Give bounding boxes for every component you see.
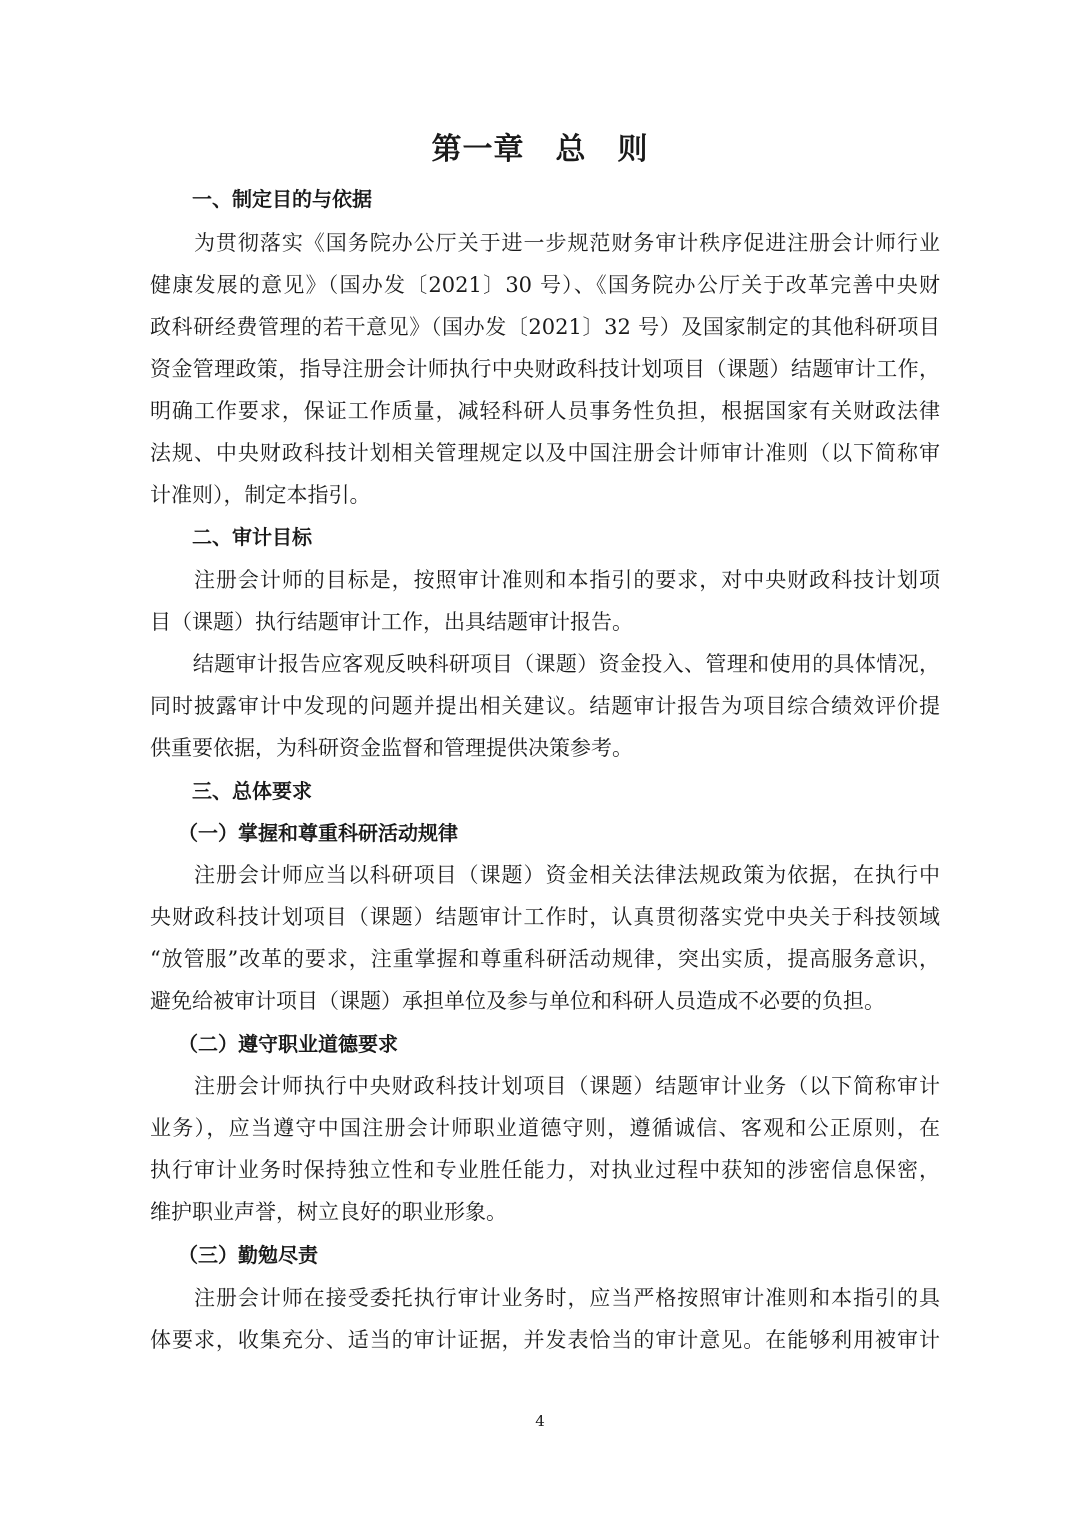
section-heading-2: 二、审计目标: [192, 522, 312, 552]
chapter-title: 第一章 总 则: [0, 124, 1080, 168]
paragraph-line: 央财政科技计划项目（课题）结题审计工作时，认真贯彻落实党中央关于科技领域: [150, 902, 940, 932]
paragraph-line: 计准则），制定本指引。: [150, 480, 940, 510]
paragraph-line: 法规、中央财政科技计划相关管理规定以及中国注册会计师审计准则（以下简称审: [150, 438, 940, 468]
paragraph-line: 避免给被审计项目（课题）承担单位及参与单位和科研人员造成不必要的负担。: [150, 986, 940, 1016]
page-number: 4: [0, 1412, 1080, 1430]
subsection-heading-2: （二）遵守职业道德要求: [178, 1029, 398, 1059]
paragraph-line: 健康发展的意见》（国办发〔2021〕30 号）、《国务院办公厅关于改革完善中央财: [150, 270, 940, 300]
paragraph-line: 业务），应当遵守中国注册会计师职业道德守则，遵循诚信、客观和公正原则，在: [150, 1113, 940, 1143]
paragraph-line: 结题审计报告应客观反映科研项目（课题）资金投入、管理和使用的具体情况，: [150, 649, 940, 679]
paragraph-line: 供重要依据，为科研资金监督和管理提供决策参考。: [150, 733, 940, 763]
paragraph-line: 注册会计师应当以科研项目（课题）资金相关法律法规政策为依据，在执行中: [150, 860, 940, 890]
section-heading-3: 三、总体要求: [192, 776, 312, 806]
paragraph-line: “放管服”改革的要求，注重掌握和尊重科研活动规律，突出实质，提高服务意识，: [150, 944, 940, 974]
paragraph-line: 注册会计师在接受委托执行审计业务时，应当严格按照审计准则和本指引的具: [150, 1283, 940, 1313]
subsection-heading-1: （一）掌握和尊重科研活动规律: [178, 818, 458, 848]
paragraph-line: 注册会计师的目标是，按照审计准则和本指引的要求，对中央财政科技计划项: [150, 565, 940, 595]
paragraph-line: 体要求，收集充分、适当的审计证据，并发表恰当的审计意见。在能够利用被审计: [150, 1325, 940, 1355]
paragraph-line: 目（课题）执行结题审计工作，出具结题审计报告。: [150, 607, 940, 637]
document-page: 第一章 总 则 一、制定目的与依据 为贯彻落实《国务院办公厅关于进一步规范财务审…: [0, 0, 1080, 1527]
paragraph-line: 为贯彻落实《国务院办公厅关于进一步规范财务审计秩序促进注册会计师行业: [150, 228, 940, 258]
section-heading-1: 一、制定目的与依据: [192, 184, 372, 214]
paragraph-line: 维护职业声誉，树立良好的职业形象。: [150, 1197, 940, 1227]
subsection-heading-3: （三）勤勉尽责: [178, 1240, 318, 1270]
paragraph-line: 政科研经费管理的若干意见》（国办发〔2021〕32 号）及国家制定的其他科研项目: [150, 312, 940, 342]
paragraph-line: 注册会计师执行中央财政科技计划项目（课题）结题审计业务（以下简称审计: [150, 1071, 940, 1101]
paragraph-line: 同时披露审计中发现的问题并提出相关建议。结题审计报告为项目综合绩效评价提: [150, 691, 940, 721]
paragraph-line: 明确工作要求，保证工作质量，减轻科研人员事务性负担，根据国家有关财政法律: [150, 396, 940, 426]
paragraph-line: 资金管理政策，指导注册会计师执行中央财政科技计划项目（课题）结题审计工作，: [150, 354, 940, 384]
paragraph-line: 执行审计业务时保持独立性和专业胜任能力，对执业过程中获知的涉密信息保密，: [150, 1155, 940, 1185]
